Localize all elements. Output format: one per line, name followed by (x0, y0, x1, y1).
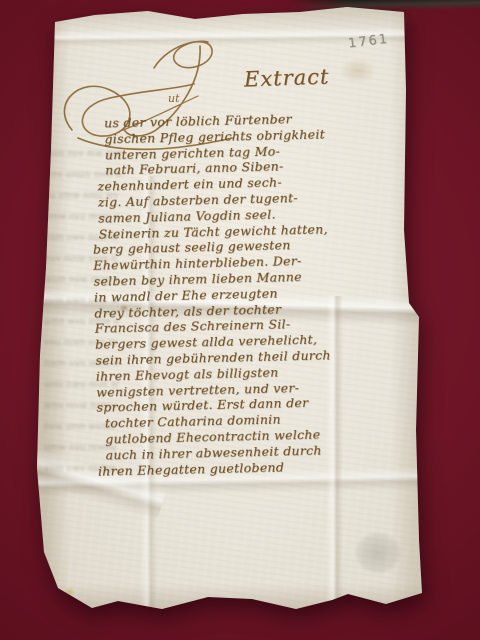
document-title: Extract (244, 65, 330, 92)
photograph-scene: ut 1761 Extract unm nuv mw uunwnv umuv n… (0, 0, 480, 640)
stain-spot-yellow (61, 586, 77, 598)
stain-spot-grey (346, 524, 410, 582)
svg-text:ut: ut (168, 92, 180, 105)
manuscript-body-text: us der vor löblich Fürtenbergischen Pfle… (82, 108, 430, 479)
paper-shadow-wrapper: ut 1761 Extract unm nuv mw uunwnv umuv n… (0, 0, 480, 640)
stain-spot-tan (334, 54, 382, 88)
manuscript-paper: ut 1761 Extract unm nuv mw uunwnv umuv n… (28, 6, 424, 613)
